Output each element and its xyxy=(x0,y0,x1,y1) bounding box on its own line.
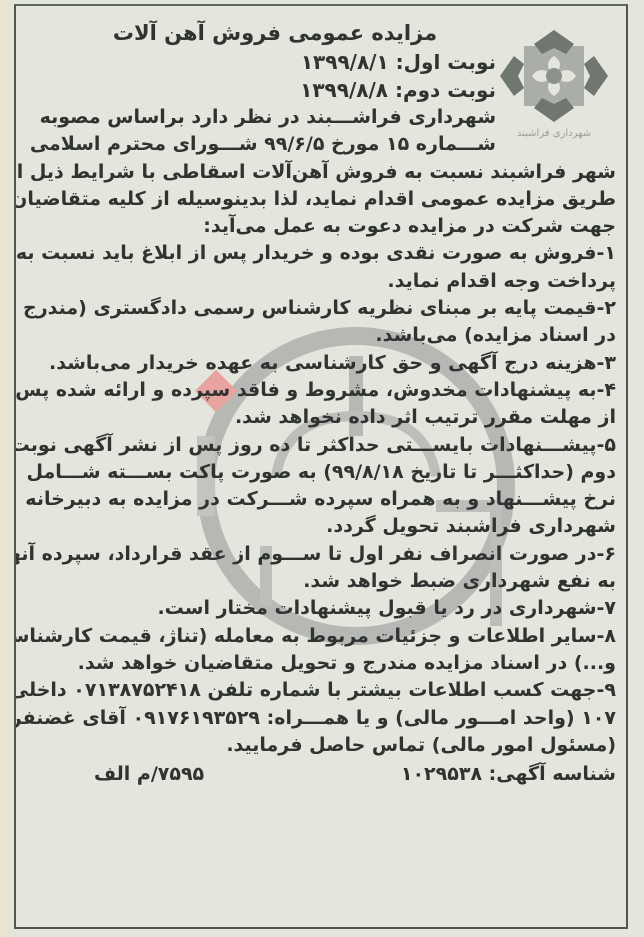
condition-8: ۸-سایر اطلاعات و جزئیات مربوط به معامله … xyxy=(34,623,616,678)
ad-code: ۷۵۹۵/م الف xyxy=(94,761,204,788)
condition-line: و...) در اسناد مزایده مندرج و تحویل متقا… xyxy=(34,650,616,677)
intro-line: جهت شرکت در مزایده دعوت به عمل می‌آید: xyxy=(34,213,616,240)
condition-line: از مهلت مقرر ترتیب اثر داده نخواهد شد. xyxy=(34,404,616,431)
condition-line: نرخ پیشـــنهاد و به همراه سپرده شـــرکت … xyxy=(34,486,616,513)
intro-line: شهرداری فراشـــبند در نظر دارد براساس مص… xyxy=(34,104,496,131)
condition-line: ۴-به پیشنهادات مخدوش، مشروط و فاقد سپرده… xyxy=(34,377,616,404)
condition-line: پرداخت وجه اقدام نماید. xyxy=(34,268,616,295)
condition-9: ۹-جهت کسب اطلاعات بیشتر با شماره تلفن ۰۷… xyxy=(34,677,616,759)
intro-line: شهر فراشبند نسبت به فروش آهن‌آلات اسقاطی… xyxy=(34,159,616,186)
condition-line: ۸-سایر اطلاعات و جزئیات مربوط به معامله … xyxy=(34,623,616,650)
notice-title: مزایده عمومی فروش آهن آلات xyxy=(34,18,476,48)
condition-line: شهرداری فراشبند تحویل گردد. xyxy=(34,513,616,540)
condition-7: ۷-شهرداری در رد یا قبول پیشنهادات مختار … xyxy=(34,595,616,622)
condition-2: ۲-قیمت پایه بر مبنای نظریه کارشناس رسمی … xyxy=(34,295,616,350)
first-round: نوبت اول: ۱۳۹۹/۸/۱ xyxy=(34,48,496,76)
notice-frame: شهرداری فراشبند مزایده عمومی فروش آهن آل… xyxy=(14,4,628,929)
notice-content: مزایده عمومی فروش آهن آلات نوبت اول: ۱۳۹… xyxy=(34,18,616,788)
ad-id: شناسه آگهی: ۱۰۲۹۵۳۸ xyxy=(401,761,616,788)
condition-line: ۱۰۷ (واحد امـــور مالی) و یا همـــراه: ۰… xyxy=(34,705,616,732)
second-round-label: نوبت دوم: xyxy=(395,78,496,102)
ad-id-value: ۱۰۲۹۵۳۸ xyxy=(401,763,482,785)
condition-line: (مسئول امور مالی) تماس حاصل فرمایید. xyxy=(34,732,616,759)
condition-line: ۶-در صورت انصراف نفر اول تا ســـوم از عق… xyxy=(34,541,616,568)
condition-line: ۵-پیشـــنهادات بایســـتی حداکثر تا ده رو… xyxy=(34,432,616,459)
ad-id-label: شناسه آگهی: xyxy=(489,763,616,785)
condition-line: ۹-جهت کسب اطلاعات بیشتر با شماره تلفن ۰۷… xyxy=(34,677,616,704)
condition-1: ۱-فروش به صورت نقدی بوده و خریدار پس از … xyxy=(34,240,616,295)
condition-line: دوم (حداکثـــر تا تاریخ ۹۹/۸/۱۸) به صورت… xyxy=(34,459,616,486)
first-round-date: ۱۳۹۹/۸/۱ xyxy=(301,50,389,74)
condition-line: ۳-هزینه درج آگهی و حق کارشناسی به عهده خ… xyxy=(34,350,616,377)
second-round: نوبت دوم: ۱۳۹۹/۸/۸ xyxy=(34,76,496,104)
condition-3: ۳-هزینه درج آگهی و حق کارشناسی به عهده خ… xyxy=(34,350,616,377)
condition-line: ۷-شهرداری در رد یا قبول پیشنهادات مختار … xyxy=(34,595,616,622)
intro-line: طریق مزایده عمومی اقدام نماید، لذا بدینو… xyxy=(34,186,616,213)
condition-5: ۵-پیشـــنهادات بایســـتی حداکثر تا ده رو… xyxy=(34,432,616,541)
second-round-date: ۱۳۹۹/۸/۸ xyxy=(300,78,388,102)
first-round-label: نوبت اول: xyxy=(396,50,496,74)
intro-line: شـــماره ۱۵ مورخ ۹۹/۶/۵ شـــورای محترم ا… xyxy=(34,131,496,158)
condition-6: ۶-در صورت انصراف نفر اول تا ســـوم از عق… xyxy=(34,541,616,596)
condition-line: در اسناد مزایده) می‌باشد. xyxy=(34,322,616,349)
condition-line: به نفع شهرداری ضبط خواهد شد. xyxy=(34,568,616,595)
condition-4: ۴-به پیشنهادات مخدوش، مشروط و فاقد سپرده… xyxy=(34,377,616,432)
condition-line: ۲-قیمت پایه بر مبنای نظریه کارشناس رسمی … xyxy=(34,295,616,322)
notice-footer: شناسه آگهی: ۱۰۲۹۵۳۸ ۷۵۹۵/م الف xyxy=(34,761,616,788)
condition-line: ۱-فروش به صورت نقدی بوده و خریدار پس از … xyxy=(34,240,616,267)
